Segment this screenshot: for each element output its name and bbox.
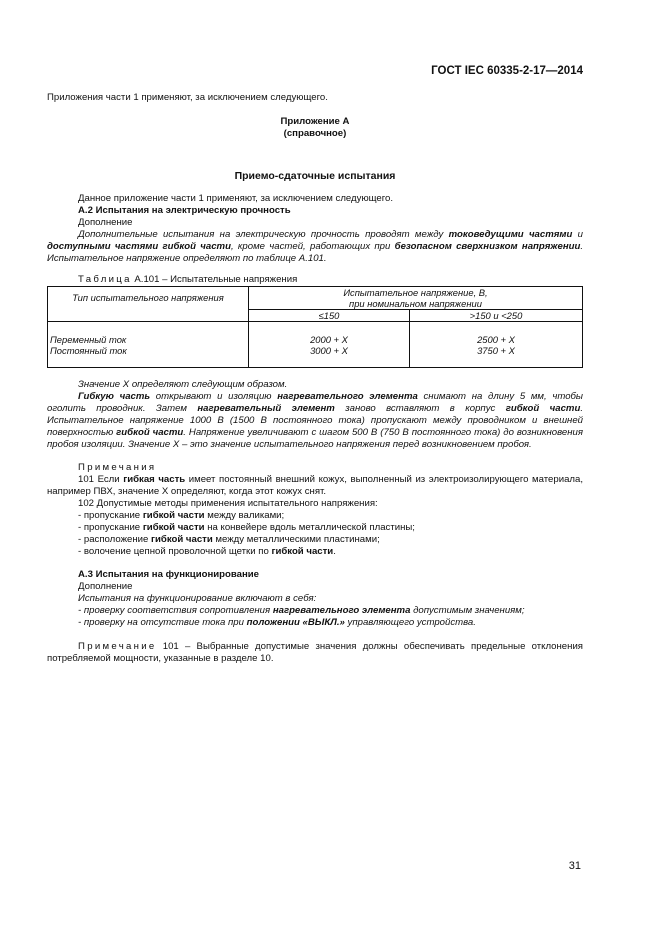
group-header: Испытательное напряжение, В, при номинал… <box>249 287 583 310</box>
note-102-item: - пропускание гибкой части между валикам… <box>47 510 583 522</box>
appendix-subtitle: (справочное) <box>47 128 583 140</box>
table-row: Переменный ток Постоянный ток 2000 + X 3… <box>48 322 583 368</box>
a3-heading: А.3 Испытания на функционирование <box>47 569 583 581</box>
test-voltage-table: Тип испытательного напряжения Испытатель… <box>47 286 583 368</box>
x-definition-line: Значение X определяют следующим образом. <box>47 379 583 391</box>
note-102-item: - волочение цепной проволочной щетки по … <box>47 546 583 558</box>
a3-item: - проверку соответствия сопротивления на… <box>47 605 583 617</box>
note-101: 101 Если гибкая часть имеет постоянный в… <box>47 474 583 498</box>
final-note: Примечание 101 – Выбранные допустимые зн… <box>47 641 583 665</box>
a3-item: - проверку на отсутствие тока при положе… <box>47 617 583 629</box>
a3-intro: Испытания на функционирование включают в… <box>47 593 583 605</box>
standard-header: ГОСТ IEC 60335-2-17—2014 <box>431 65 583 77</box>
note-102-item: - пропускание гибкой части на конвейере … <box>47 522 583 534</box>
a2-intro: Данное приложение части 1 применяют, за … <box>47 193 583 205</box>
section-title: Приемо-сдаточные испытания <box>47 170 583 182</box>
table-caption: Таблица А.101 – Испытательные напряжения <box>47 274 583 286</box>
a2-addition: Дополнение <box>47 217 583 229</box>
sub-header-high: >150 и <250 <box>410 310 583 322</box>
a2-heading: А.2 Испытания на электрическую прочность <box>47 205 583 217</box>
appendix-title: Приложение А <box>47 116 583 128</box>
sub-header-low: ≤150 <box>249 310 410 322</box>
a3-addition: Дополнение <box>47 581 583 593</box>
col-type-header: Тип испытательного напряжения <box>48 287 249 322</box>
a2-paragraph: Дополнительные испытания на электрическу… <box>47 229 583 265</box>
x-definition-paragraph: Гибкую часть открывают и изоляцию нагрев… <box>47 391 583 451</box>
intro-text: Приложения части 1 применяют, за исключе… <box>47 92 583 104</box>
page-number: 31 <box>569 860 581 872</box>
note-102-item: - расположение гибкой части между металл… <box>47 534 583 546</box>
notes-label: Примечания <box>47 462 583 474</box>
note-102: 102 Допустимые методы применения испытат… <box>47 498 583 510</box>
